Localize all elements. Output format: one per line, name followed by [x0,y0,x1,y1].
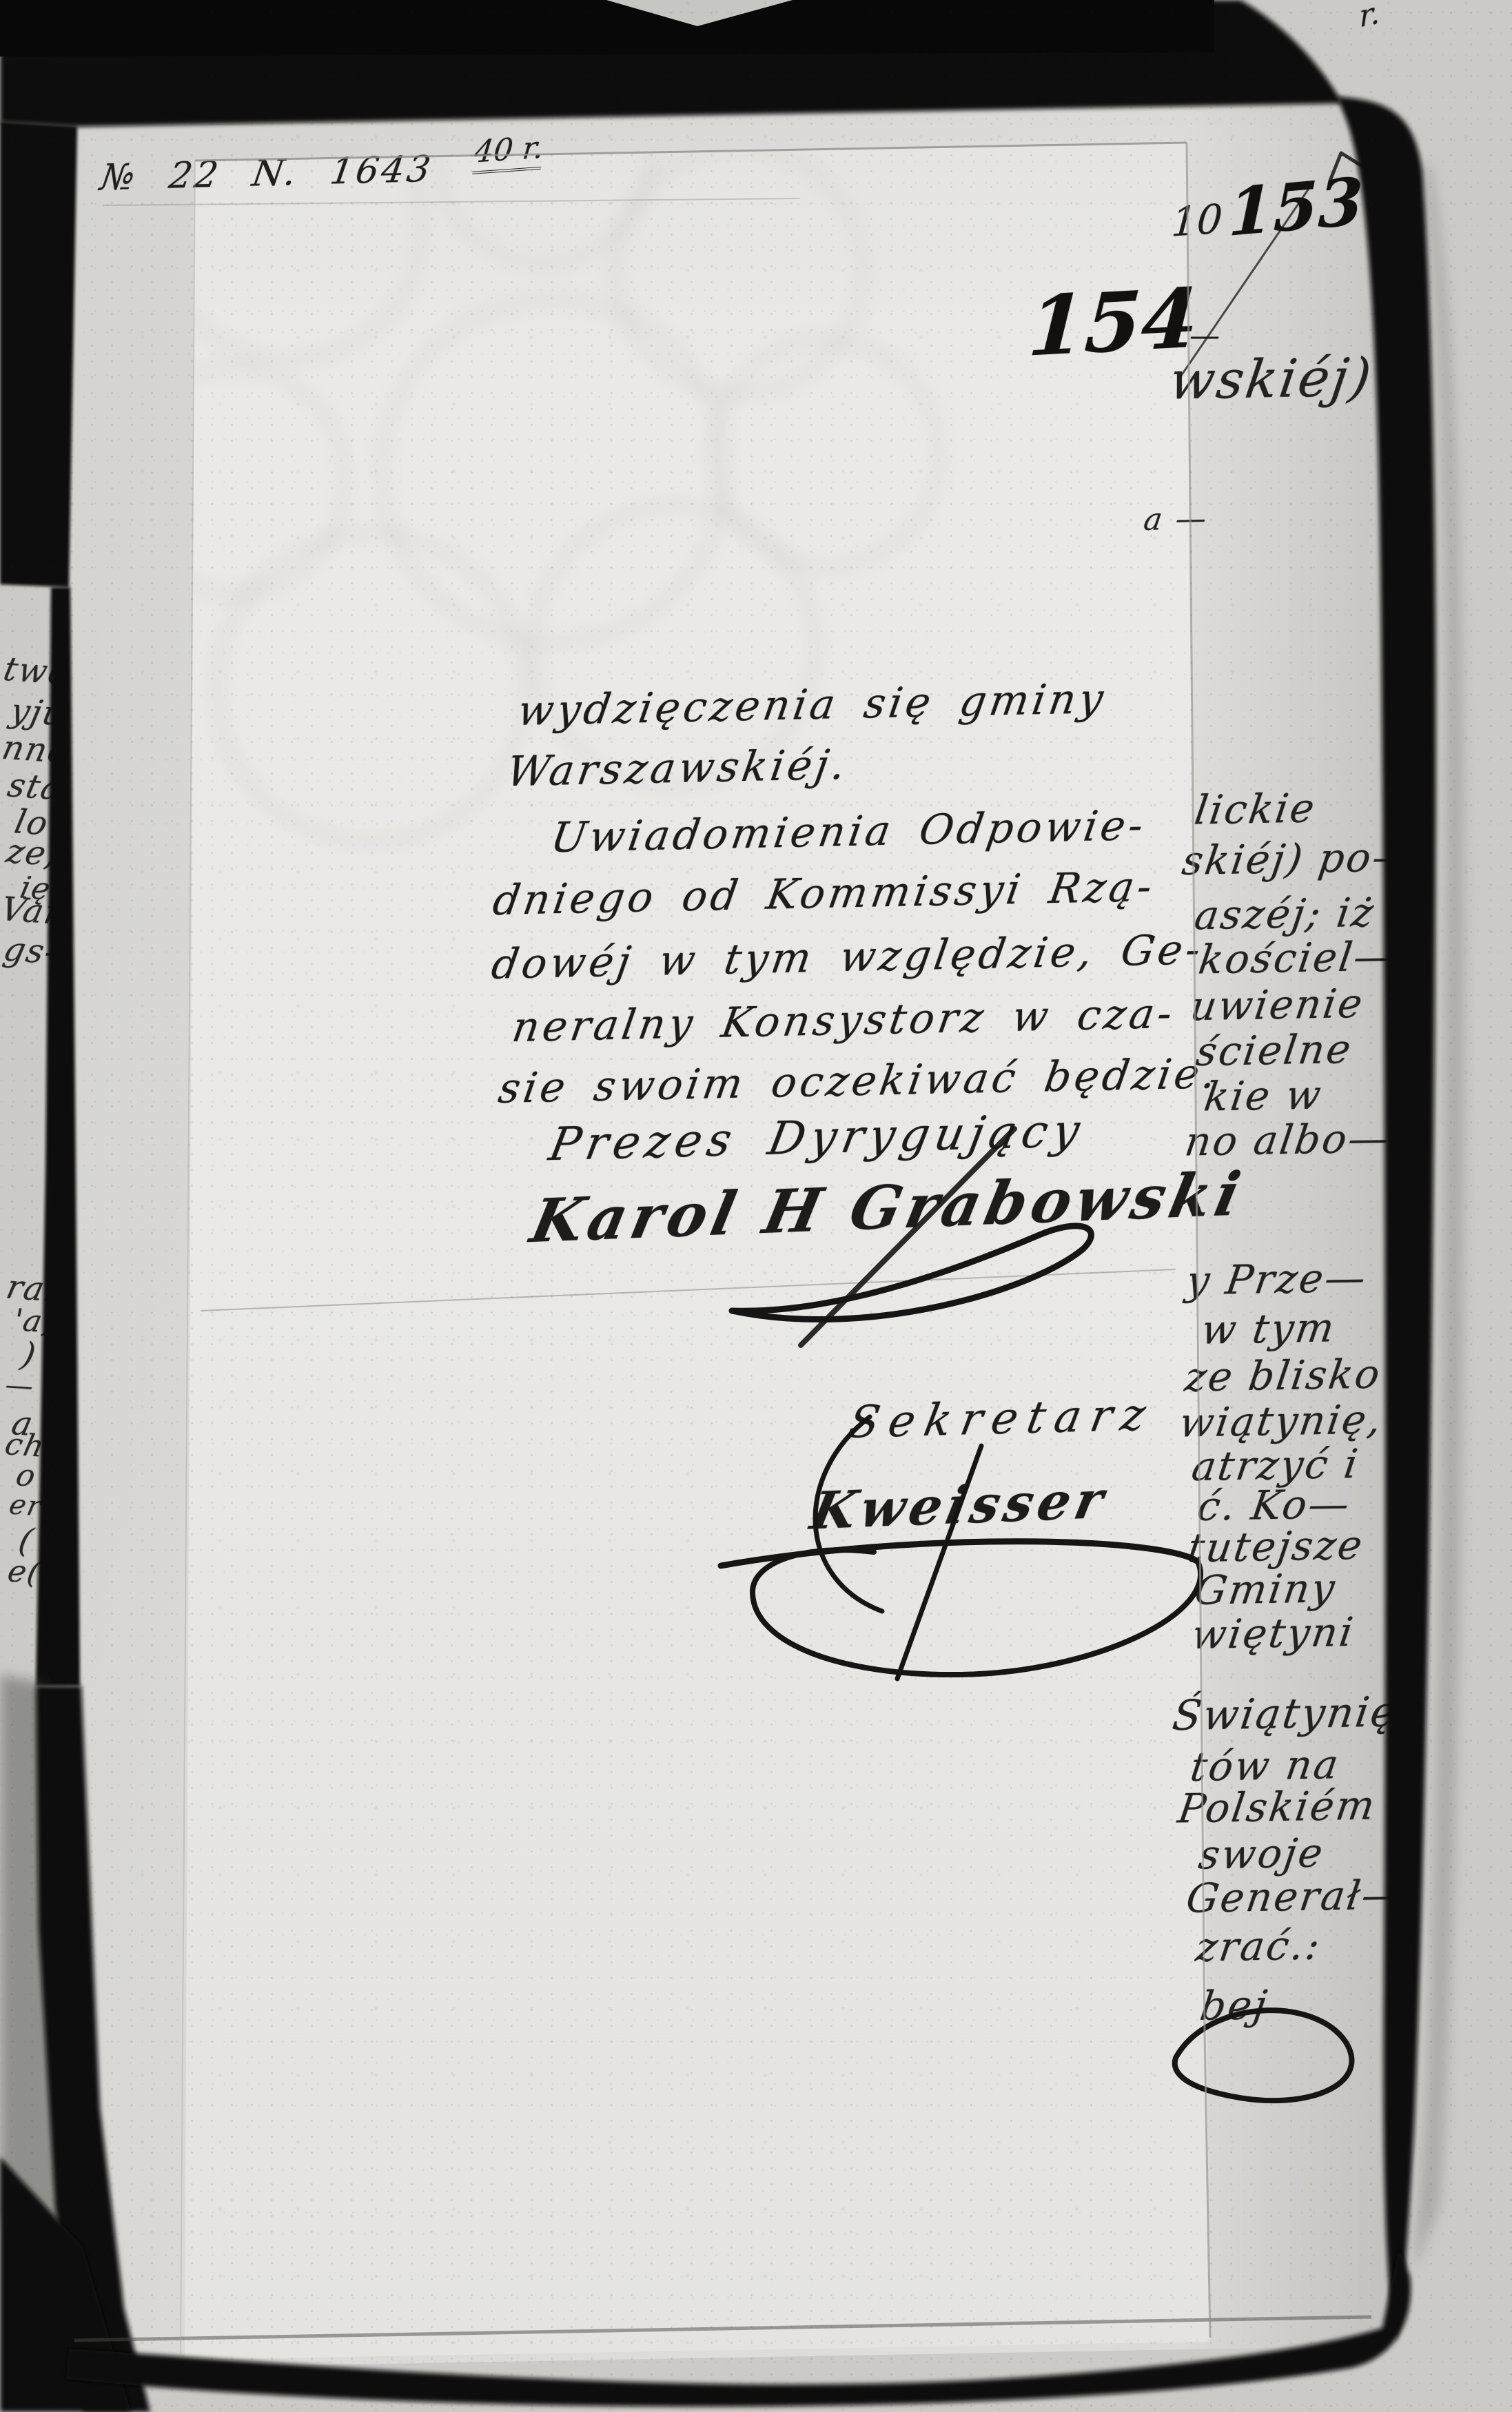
overlay-sheet-right-edge [1187,143,1210,2338]
right-binding-band [1337,96,1436,2340]
binding-and-edges [0,0,1512,2412]
overlay-sheet-left-edge [181,161,195,2353]
scanned-archive-book-spread: № 22 N. 1643 40 r. 154 153 10 — r. wydzi… [0,0,1512,2412]
left-top-black-block [0,121,77,587]
bottom-edge-preline [74,2317,1371,2340]
overlay-sheet-top-edge [195,143,1187,161]
left-binding-strip [36,587,80,1686]
top-bar-core [0,0,1214,57]
